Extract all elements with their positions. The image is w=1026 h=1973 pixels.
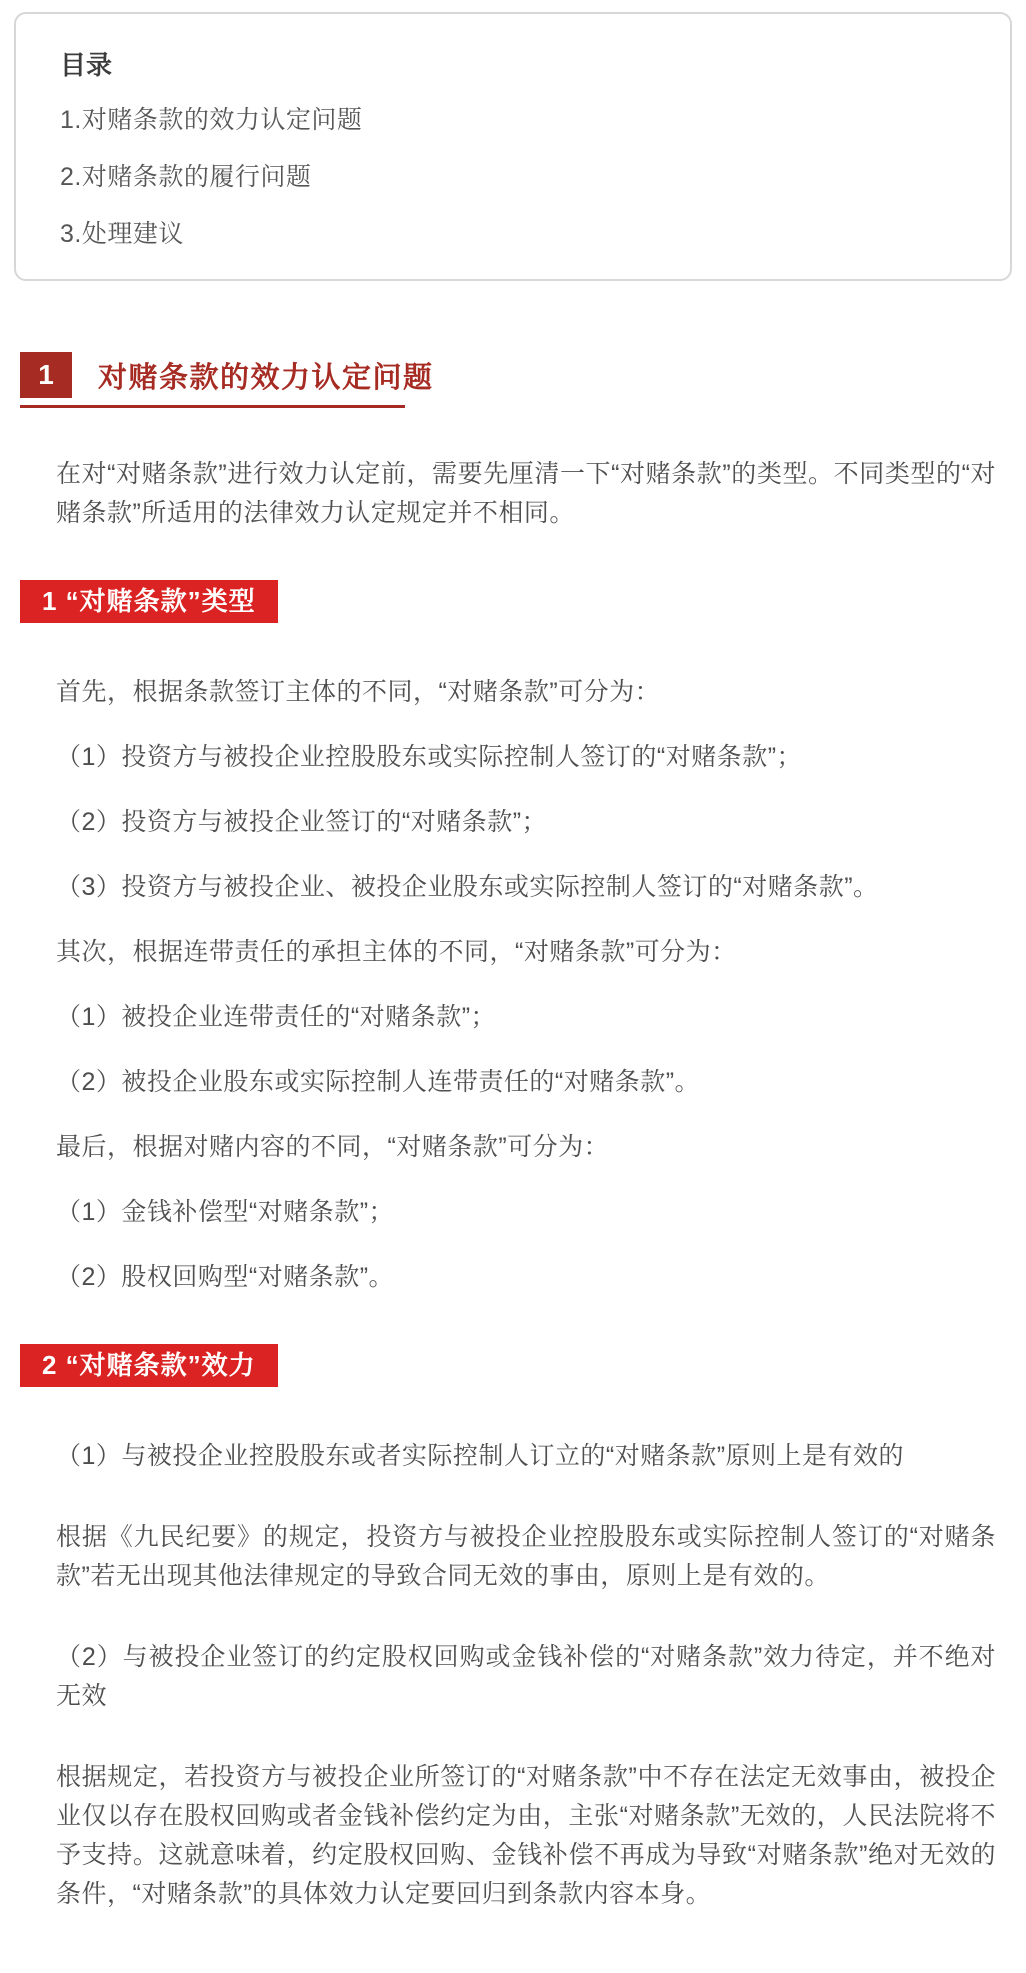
intro-paragraph: 在对“对赌条款”进行效力认定前，需要先厘清一下“对赌条款”的类型。不同类型的“对…: [56, 455, 996, 533]
section-1-header: 1 对赌条款的效力认定问题: [20, 352, 1026, 398]
sub1-paragraph-1: 首先，根据条款签订主体的不同，“对赌条款”可分为：: [56, 673, 996, 712]
toc-item-2: 2.对赌条款的履行问题: [60, 161, 970, 194]
subsection-1-badge: 1 “对赌条款”类型: [20, 580, 278, 623]
sub2-paragraph-3: （2）与被投企业签订的约定股权回购或金钱补偿的“对赌条款”效力待定，并不绝对无效: [56, 1638, 996, 1716]
toc-item-3: 3.处理建议: [60, 218, 970, 251]
sub1-paragraph-8: 最后，根据对赌内容的不同，“对赌条款”可分为：: [56, 1128, 996, 1167]
section-title-underline: [20, 405, 405, 408]
toc-item-1: 1.对赌条款的效力认定问题: [60, 104, 970, 137]
sub1-paragraph-3: （2）投资方与被投企业签订的“对赌条款”；: [56, 803, 996, 842]
toc-title: 目录: [60, 50, 970, 80]
sub1-paragraph-6: （1）被投企业连带责任的“对赌条款”；: [56, 998, 996, 1037]
toc-box: 目录 1.对赌条款的效力认定问题 2.对赌条款的履行问题 3.处理建议: [14, 12, 1012, 281]
sub1-paragraph-10: （2）股权回购型“对赌条款”。: [56, 1258, 996, 1297]
sub2-paragraph-1: （1）与被投企业控股股东或者实际控制人订立的“对赌条款”原则上是有效的: [56, 1437, 996, 1476]
subsection-2-badge: 2 “对赌条款”效力: [20, 1344, 278, 1387]
section-number-badge: 1: [20, 352, 72, 398]
sub1-paragraph-9: （1）金钱补偿型“对赌条款”；: [56, 1193, 996, 1232]
section-1-title: 对赌条款的效力认定问题: [98, 355, 434, 396]
sub2-paragraph-4: 根据规定，若投资方与被投企业所签订的“对赌条款”中不存在法定无效事由，被投企业仅…: [56, 1758, 996, 1914]
sub2-paragraph-2: 根据《九民纪要》的规定，投资方与被投企业控股股东或实际控制人签订的“对赌条款”若…: [56, 1518, 996, 1596]
sub1-paragraph-7: （2）被投企业股东或实际控制人连带责任的“对赌条款”。: [56, 1063, 996, 1102]
sub1-paragraph-5: 其次，根据连带责任的承担主体的不同，“对赌条款”可分为：: [56, 933, 996, 972]
sub1-paragraph-2: （1）投资方与被投企业控股股东或实际控制人签订的“对赌条款”；: [56, 738, 996, 777]
sub1-paragraph-4: （3）投资方与被投企业、被投企业股东或实际控制人签订的“对赌条款”。: [56, 868, 996, 907]
